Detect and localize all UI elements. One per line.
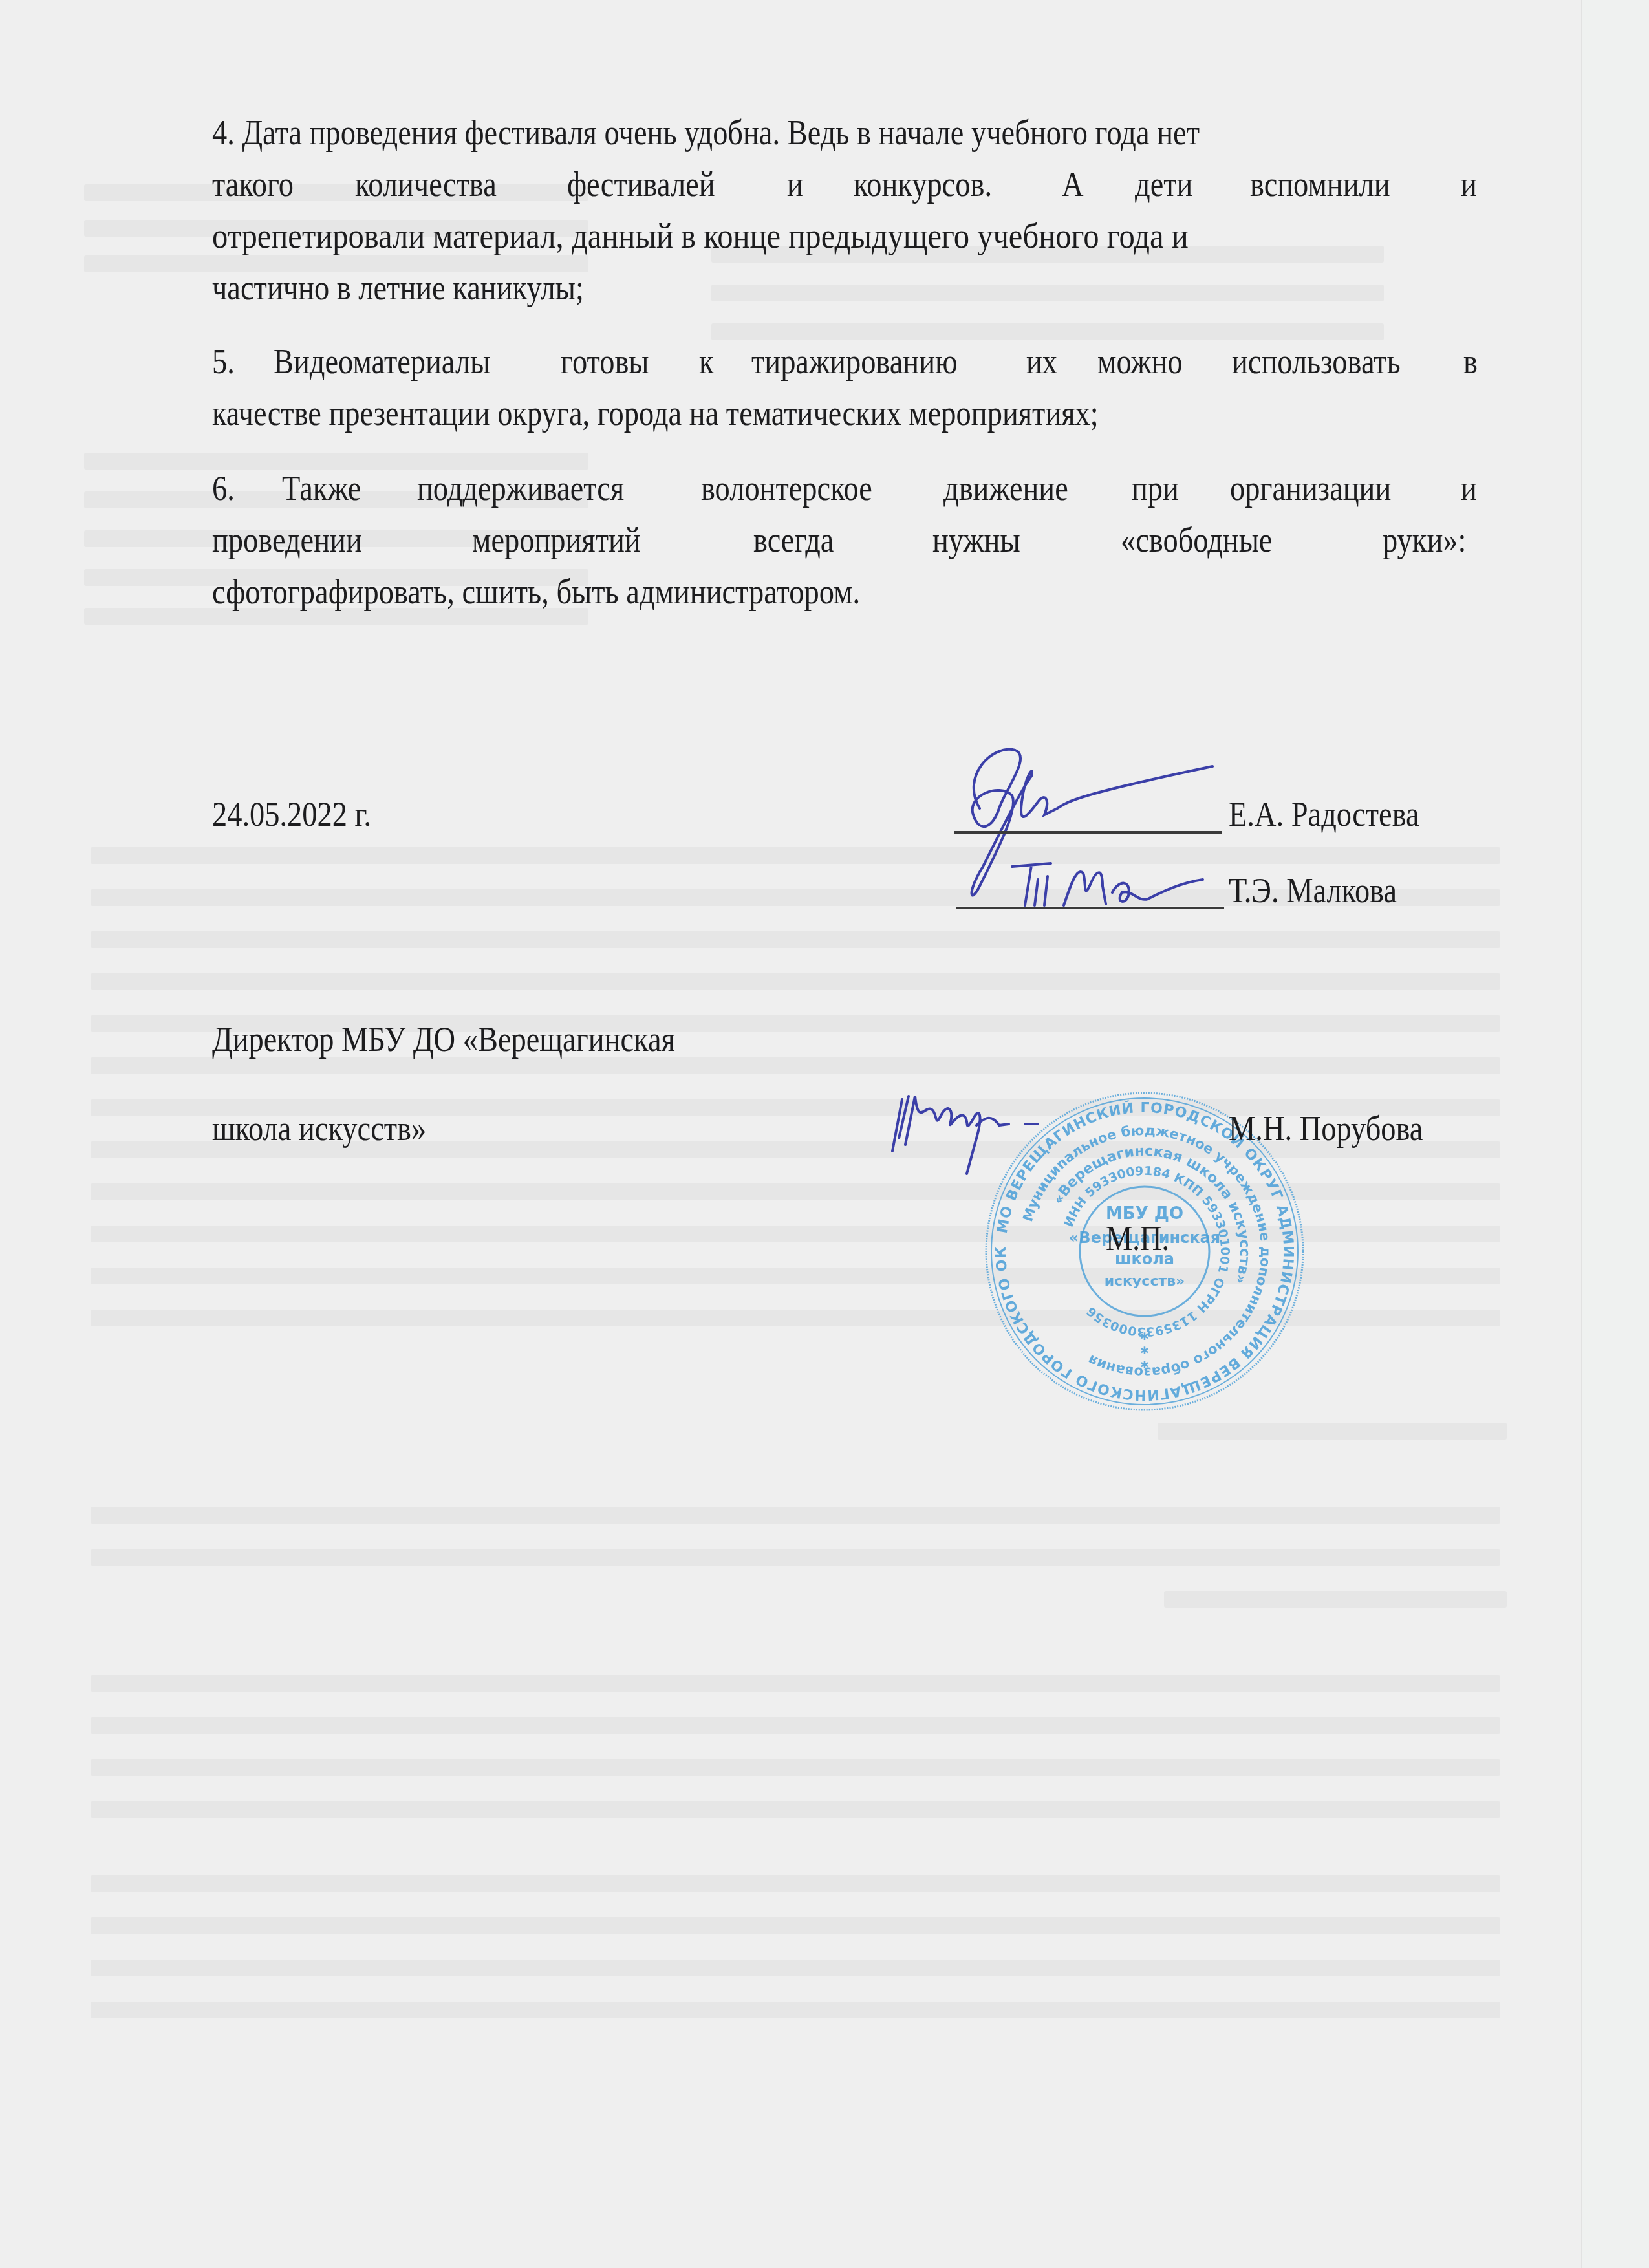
director-title-line-1: Директор МБУ ДО «Верещагинская [212, 1022, 675, 1057]
signatory-name-radosteva: Е.А. Радостева [1229, 797, 1419, 832]
scanned-page: 4. Дата проведения фестиваля очень удобн… [0, 0, 1581, 2268]
document-date: 24.05.2022 г. [212, 797, 371, 832]
item-4-line-3: отрепетировали материал, данный в конце … [212, 219, 1189, 254]
word: такого [212, 167, 294, 202]
word: 6. [212, 471, 235, 506]
item-5-line-2: качестве презентации округа, города на т… [212, 396, 1099, 431]
scanner-edge [1581, 0, 1649, 2268]
svg-text:✱: ✱ [1140, 1330, 1148, 1343]
item-4-line-1: 4. Дата проведения фестиваля очень удобн… [212, 115, 1200, 150]
word: тиражированию [751, 344, 958, 379]
signature-line-radosteva [954, 831, 1222, 834]
word: можно [1097, 344, 1183, 379]
item-6-line-2: проведении мероприятий всегда нужны «сво… [212, 523, 1480, 557]
word: нужны [932, 523, 1020, 557]
word: количества [355, 167, 497, 202]
word: организации [1230, 471, 1391, 506]
word: вспомнили [1250, 167, 1390, 202]
word: «свободные [1121, 523, 1272, 557]
word: и [1461, 167, 1477, 202]
word: при [1132, 471, 1179, 506]
signature-porubova-icon [879, 1080, 1073, 1177]
word: руки»: [1383, 523, 1466, 557]
item-5-line-1: 5. Видеоматериалы готовы к тиражированию… [212, 344, 1480, 379]
item-6-line-1: 6. Также поддерживается волонтерское дви… [212, 471, 1480, 506]
svg-text:✱: ✱ [1140, 1345, 1148, 1357]
signatory-name-malkova: Т.Э. Малкова [1229, 873, 1397, 908]
word: использовать [1232, 344, 1401, 379]
word: фестивалей [567, 167, 715, 202]
word: поддерживается [417, 471, 624, 506]
signature-line-malkova [956, 907, 1224, 909]
word: в [1463, 344, 1478, 379]
word: дети [1135, 167, 1192, 202]
word: к [699, 344, 714, 379]
director-name: М.Н. Порубова [1229, 1111, 1423, 1146]
item-6-line-3: сфотографировать, сшить, быть администра… [212, 574, 860, 609]
word: 5. [212, 344, 235, 379]
word: Также [282, 471, 361, 506]
item-4-line-4: частично в летние каникулы; [212, 270, 584, 305]
word: и [1461, 471, 1477, 506]
seal-mark: М.П. [1106, 1221, 1169, 1256]
word: и [787, 167, 803, 202]
director-title-line-2: школа искусств» [212, 1111, 426, 1146]
signature-malkova-icon [954, 854, 1225, 912]
word: А [1062, 167, 1084, 202]
word: волонтерское [701, 471, 872, 506]
word: готовы [561, 344, 649, 379]
word: их [1026, 344, 1057, 379]
word: конкурсов. [854, 167, 992, 202]
word: мероприятий [472, 523, 641, 557]
word: движение [943, 471, 1068, 506]
svg-text:✱: ✱ [1140, 1359, 1148, 1371]
item-4-line-2: такого количества фестивалей и конкурсов… [212, 167, 1480, 202]
word: Видеоматериалы [274, 344, 490, 379]
word: проведении [212, 523, 362, 557]
word: всегда [753, 523, 834, 557]
svg-text:искусств»: искусств» [1105, 1273, 1185, 1290]
